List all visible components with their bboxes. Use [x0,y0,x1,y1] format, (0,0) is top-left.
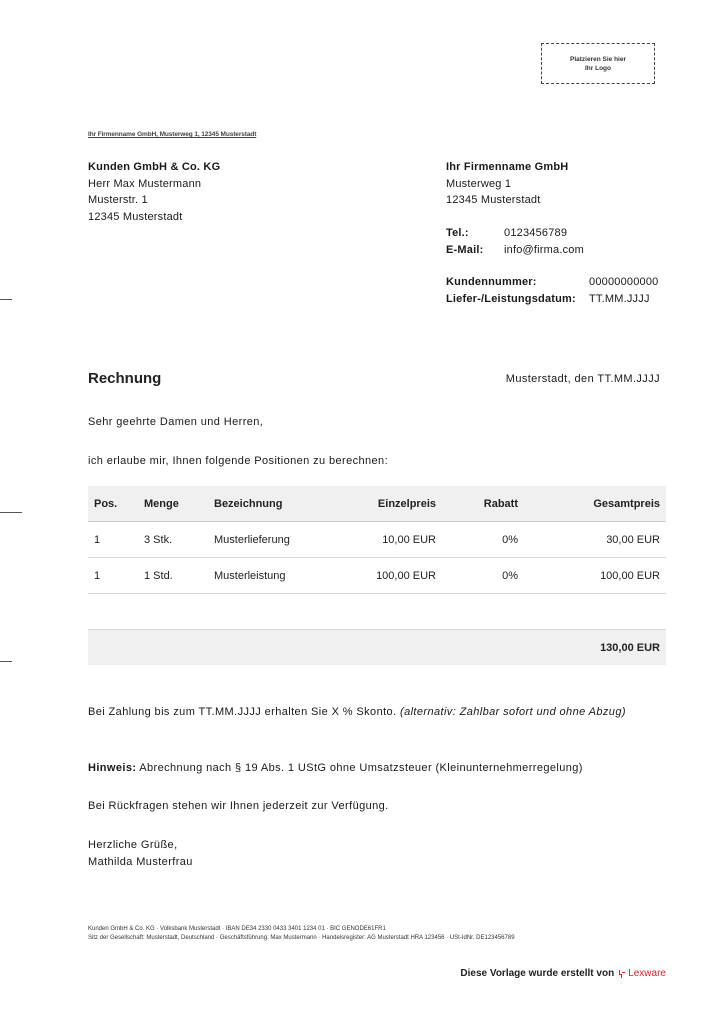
row-description: Musterleistung [208,558,330,594]
tax-note-label: Hinweis: [88,762,136,774]
table-header-row: Pos. Menge Bezeichnung Einzelpreis Rabat… [88,486,666,522]
email-label: E-Mail: [446,242,504,259]
col-discount: Rabatt [442,486,524,522]
fold-mark-top [0,299,12,300]
payment-terms-alternative: (alternativ: Zahlbar sofort und ohne Abz… [400,706,626,718]
delivery-date-label: Liefer-/Leistungsdatum: [446,291,589,308]
email-value[interactable]: info@firma.com [504,242,584,259]
sender-address: Ihr Firmenname GmbH Musterweg 1 12345 Mu… [446,159,568,209]
greeting: Herzliche Grüße, [88,837,178,854]
customer-number-label: Kundennummer: [446,274,589,291]
sender-company: Ihr Firmenname GmbH [446,159,568,176]
recipient-street: Musterstr. 1 [88,192,220,209]
col-position: Pos. [88,486,138,522]
document-title: Rechnung [88,370,161,387]
tax-note-text: Abrechnung nach § 19 Abs. 1 UStG ohne Um… [139,762,583,774]
lexware-logo-icon [618,970,626,978]
row-position: 1 [88,522,138,558]
logo-placeholder[interactable]: Platzieren Sie hier Ihr Logo [541,43,655,84]
footer-line-bank: Kunden GmbH & Co. KG · Volksbank Musters… [88,925,515,934]
recipient-city: 12345 Musterstadt [88,209,220,226]
col-quantity: Menge [138,486,208,522]
invoice-total: 130,00 EUR [88,630,666,666]
row-position: 1 [88,558,138,594]
recipient-address: Kunden GmbH & Co. KG Herr Max Mustermann… [88,159,220,225]
delivery-date-value: TT.MM.JJJJ [589,291,650,308]
sender-return-address: Ihr Firmenname GmbH, Musterweg 1, 12345 … [88,131,256,138]
table-row: 1 1 Std. Musterleistung 100,00 EUR 0% 10… [88,558,666,594]
fold-mark-bottom [0,661,12,662]
punch-mark-middle [0,512,22,513]
lexware-brand[interactable]: Lexware [618,968,666,979]
row-discount: 0% [442,558,524,594]
logo-placeholder-line1: Platzieren Sie hier [570,55,626,64]
recipient-company: Kunden GmbH & Co. KG [88,159,220,176]
row-quantity: 3 Stk. [138,522,208,558]
intro-text: ich erlaube mir, Ihnen folgende Position… [88,453,388,470]
invoice-meta: Kundennummer:00000000000 Liefer-/Leistun… [446,274,659,307]
row-unit-price: 100,00 EUR [330,558,442,594]
closing-question: Bei Rückfragen stehen wir Ihnen jederzei… [88,798,389,815]
col-total-price: Gesamtpreis [524,486,666,522]
brand-name: Lexware [628,968,666,979]
table-row: 1 3 Stk. Musterlieferung 10,00 EUR 0% 30… [88,522,666,558]
row-description: Musterlieferung [208,522,330,558]
template-credit: Diese Vorlage wurde erstellt von Lexware [460,968,666,979]
footer-legal: Kunden GmbH & Co. KG · Volksbank Musters… [88,925,515,943]
recipient-name: Herr Max Mustermann [88,176,220,193]
col-description: Bezeichnung [208,486,330,522]
place-date: Musterstadt, den TT.MM.JJJJ [506,373,660,385]
table-total-row: 130,00 EUR [88,630,666,666]
sender-street: Musterweg 1 [446,176,568,193]
sender-contact: Tel.:0123456789 E-Mail:info@firma.com [446,225,584,258]
tax-note: Hinweis: Abrechnung nach § 19 Abs. 1 USt… [88,760,583,777]
sender-city: 12345 Musterstadt [446,192,568,209]
signature: Mathilda Musterfrau [88,854,193,871]
row-total-price: 30,00 EUR [524,522,666,558]
row-total-price: 100,00 EUR [524,558,666,594]
credit-text: Diese Vorlage wurde erstellt von [460,968,614,979]
row-quantity: 1 Std. [138,558,208,594]
salutation: Sehr geehrte Damen und Herren, [88,414,263,431]
phone-value: 0123456789 [504,225,567,242]
row-unit-price: 10,00 EUR [330,522,442,558]
line-items-table: Pos. Menge Bezeichnung Einzelpreis Rabat… [88,486,666,665]
logo-placeholder-line2: Ihr Logo [585,64,611,73]
payment-terms-text: Bei Zahlung bis zum TT.MM.JJJJ erhalten … [88,706,397,718]
col-unit-price: Einzelpreis [330,486,442,522]
table-spacer-row [88,594,666,630]
payment-terms: Bei Zahlung bis zum TT.MM.JJJJ erhalten … [88,704,628,721]
phone-label: Tel.: [446,225,504,242]
row-discount: 0% [442,522,524,558]
customer-number-value: 00000000000 [589,274,659,291]
footer-line-register: Sitz der Gesellschaft: Musterstadt, Deut… [88,934,515,943]
